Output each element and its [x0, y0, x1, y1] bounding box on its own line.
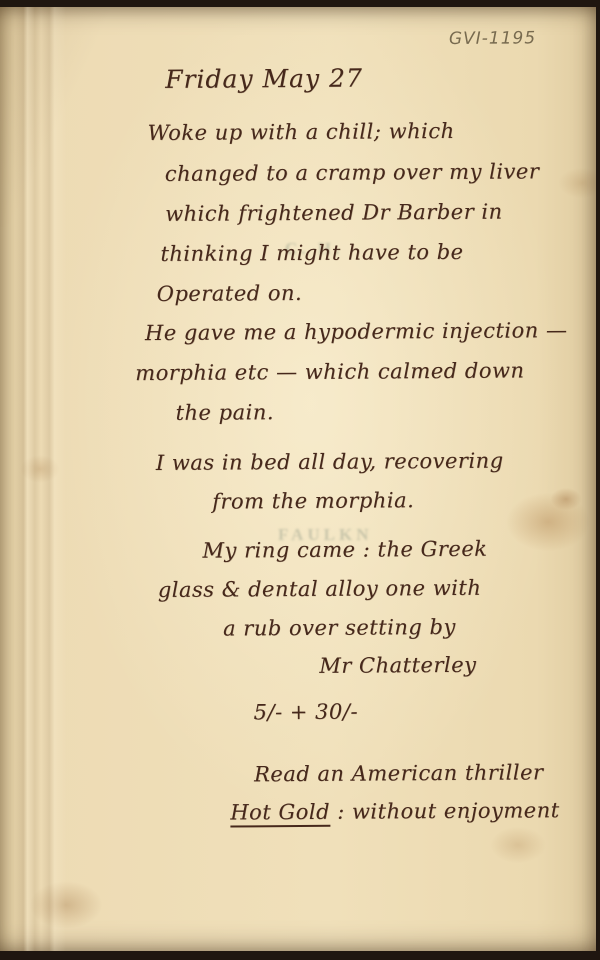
- handwritten-entry: GVI-1195 Friday May 27 Woke up with a ch…: [0, 0, 600, 960]
- diary-line: Mr Chatterley: [319, 653, 476, 678]
- date-heading: Friday May 27: [165, 64, 363, 94]
- book-title-comment: : without enjoyment: [337, 798, 560, 824]
- diary-line: I was in bed all day, recovering: [156, 449, 504, 475]
- diary-line: the pain.: [175, 400, 274, 425]
- book-title: Hot Gold: [230, 800, 330, 828]
- diary-line: 5/- + 30/-: [254, 700, 359, 725]
- diary-line: which frightened Dr Barber in: [165, 200, 503, 226]
- diary-line: a rub over setting by: [223, 615, 456, 641]
- diary-line: morphia etc — which calmed down: [135, 358, 524, 385]
- diary-line: changed to a cramp over my liver: [165, 159, 540, 186]
- diary-line: Woke up with a chill; which: [147, 119, 454, 145]
- diary-line: My ring came : the Greek: [202, 537, 487, 563]
- diary-line: Operated on.: [157, 281, 303, 306]
- diary-line: thinking I might have to be: [160, 240, 463, 266]
- scan-background: C. H. FAULKN GVI-1195 Friday May 27 Woke…: [0, 0, 600, 960]
- archive-reference: GVI-1195: [449, 28, 536, 49]
- diary-line: glass & dental alloy one with: [158, 576, 482, 602]
- diary-line: Read an American thriller: [254, 760, 544, 786]
- diary-line-book: Hot Gold : without enjoyment: [230, 798, 559, 824]
- diary-line: from the morphia.: [212, 488, 414, 513]
- diary-line: He gave me a hypodermic injection —: [145, 318, 568, 345]
